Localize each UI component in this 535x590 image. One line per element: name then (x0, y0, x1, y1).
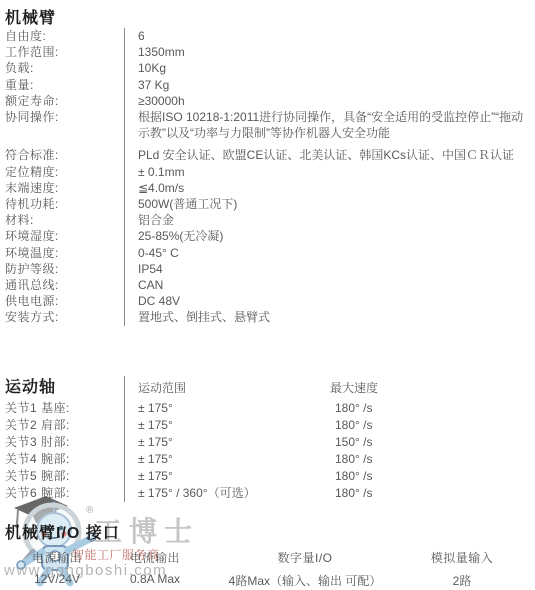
joint-speed: 180° /s (335, 451, 373, 468)
io-column-value: 12V/24V (32, 572, 82, 586)
joint-values: ± 175°180° /s (124, 400, 530, 417)
table-row: 符合标准:PLd 安全认证、欧盟CE认证、北美认证、韩国KCs认证、中国ＣＲ认证 (5, 147, 530, 163)
table-row: 关节1 基座:± 175°180° /s (5, 400, 530, 417)
spec-label: 负载: (5, 60, 124, 76)
table-row: 关节5 腕部:± 175°180° /s (5, 468, 530, 485)
spec-value: IP54 (124, 261, 530, 277)
table-row: 环境湿度:25-85%(无冷凝) (5, 228, 530, 244)
spec-label: 供电电源: (5, 293, 124, 309)
table-row: 环境温度:0-45° C (5, 245, 530, 261)
table-row: 待机功耗:500W(普通工况下) (5, 196, 530, 212)
table-row: 工作范围:1350mm (5, 44, 530, 60)
spec-label: 通讯总线: (5, 277, 124, 293)
axes-header-row: 运动轴 运动范围 最大速度 (5, 374, 530, 400)
arm-spec-table: 自由度:6 工作范围:1350mm 负载:10Kg 重量:37 Kg 额定寿命:… (5, 28, 530, 326)
spec-value: 1350mm (124, 44, 530, 60)
spec-label: 协同操作: (5, 109, 124, 125)
spec-label: 环境湿度: (5, 228, 124, 244)
spec-label: 安装方式: (5, 309, 124, 325)
motion-axes-table: 运动轴 运动范围 最大速度 关节1 基座:± 175°180° /s 关节2 肩… (5, 374, 530, 502)
spec-value: 铝合金 (124, 212, 530, 228)
joint-values: ± 175° / 360°（可选）180° /s (124, 485, 530, 502)
joint-label: 关节4 腕部: (5, 451, 124, 468)
joint-values: ± 175°150° /s (124, 434, 530, 451)
table-row: 防护等级:IP54 (5, 261, 530, 277)
spec-value: 37 Kg (124, 77, 530, 93)
spec-value: 25-85%(无冷凝) (124, 228, 530, 244)
joint-speed: 180° /s (335, 468, 373, 485)
spec-value: ≥30000h (124, 93, 530, 109)
spec-label: 防护等级: (5, 261, 124, 277)
joint-range: ± 175° (138, 418, 173, 432)
table-row: 关节6 腕部:± 175° / 360°（可选）180° /s (5, 485, 530, 502)
joint-speed: 180° /s (335, 485, 373, 502)
spec-value: 根据ISO 10218-1:2011进行协同操作，具备“安全适用的受监控停止”“… (124, 109, 530, 147)
joint-speed: 180° /s (335, 400, 373, 417)
joint-values: ± 175°180° /s (124, 451, 530, 468)
spec-label: 额定寿命: (5, 93, 124, 109)
io-columns: 电源输出 12V/24V 电流输出 0.8A Max 数字量I/O 4路Max（… (0, 549, 535, 589)
spec-label: 环境温度: (5, 245, 124, 261)
arm-section-title: 机械臂 (5, 5, 56, 28)
io-section-title: 机械臂I/O 接口 (5, 520, 120, 543)
joint-label: 关节5 腕部: (5, 468, 124, 485)
joint-values: ± 175°180° /s (124, 468, 530, 485)
io-column-analog-input: 模拟量输入 2路 (431, 549, 494, 589)
joint-range: ± 175° (138, 452, 173, 466)
joint-label: 关节6 腕部: (5, 485, 124, 502)
table-row: 额定寿命:≥30000h (5, 93, 530, 109)
spec-value: 0-45° C (124, 245, 530, 261)
io-column-power-output: 电源输出 12V/24V (32, 549, 82, 586)
joint-range: ± 175° / 360°（可选） (138, 486, 256, 500)
axes-section-title: 运动轴 (5, 374, 124, 397)
spec-label: 末端速度: (5, 180, 124, 196)
table-row: 关节3 肘部:± 175°150° /s (5, 434, 530, 451)
io-column-label: 模拟量输入 (431, 549, 494, 566)
table-row: 自由度:6 (5, 28, 530, 44)
joint-range: ± 175° (138, 469, 173, 483)
joint-label: 关节2 肩部: (5, 417, 124, 434)
spec-value: DC 48V (124, 293, 530, 309)
io-column-label: 数字量I/O (229, 549, 382, 566)
spec-label: 自由度: (5, 28, 124, 44)
spec-value: CAN (124, 277, 530, 293)
column-header-range: 运动范围 (138, 381, 186, 395)
table-row: 末端速度:≦4.0m/s (5, 180, 530, 196)
spec-label: 工作范围: (5, 44, 124, 60)
table-row: 负载:10Kg (5, 60, 530, 76)
joint-speed: 180° /s (335, 417, 373, 434)
joint-range: ± 175° (138, 401, 173, 415)
joint-label: 关节3 肘部: (5, 434, 124, 451)
spec-label: 定位精度: (5, 164, 124, 180)
table-row: 协同操作:根据ISO 10218-1:2011进行协同操作，具备“安全适用的受监… (5, 109, 530, 147)
spec-sheet: ® 工博士 智能工厂服务商 www.gongboshi.com 机械臂 自由度:… (0, 0, 535, 590)
table-row: 定位精度:± 0.1mm (5, 164, 530, 180)
spec-label: 符合标准: (5, 147, 124, 163)
io-column-value: 4路Max（输入、输出 可配） (229, 572, 382, 589)
spec-value: PLd 安全认证、欧盟CE认证、北美认证、韩国KCs认证、中国ＣＲ认证 (124, 147, 530, 163)
table-row: 重量:37 Kg (5, 77, 530, 93)
table-row: 供电电源:DC 48V (5, 293, 530, 309)
io-column-digital-io: 数字量I/O 4路Max（输入、输出 可配） (229, 549, 382, 589)
table-row: 通讯总线:CAN (5, 277, 530, 293)
io-column-current-output: 电流输出 0.8A Max (130, 549, 180, 586)
spec-label: 材料: (5, 212, 124, 228)
spec-value: ≦4.0m/s (124, 180, 530, 196)
joint-range: ± 175° (138, 435, 173, 449)
spec-value: 10Kg (124, 60, 530, 76)
spec-value: ± 0.1mm (124, 164, 530, 180)
joint-label: 关节1 基座: (5, 400, 124, 417)
table-row: 关节2 肩部:± 175°180° /s (5, 417, 530, 434)
table-row: 材料:铝合金 (5, 212, 530, 228)
column-header-speed: 最大速度 (330, 376, 378, 400)
spec-label: 待机功耗: (5, 196, 124, 212)
table-row: 安装方式:置地式、倒挂式、悬臂式 (5, 309, 530, 325)
io-column-label: 电源输出 (32, 549, 82, 566)
spec-value: 6 (124, 28, 530, 44)
spec-value: 500W(普通工况下) (124, 196, 530, 212)
io-column-label: 电流输出 (130, 549, 180, 566)
spec-value: 置地式、倒挂式、悬臂式 (124, 309, 530, 325)
table-row: 关节4 腕部:± 175°180° /s (5, 451, 530, 468)
io-column-value: 0.8A Max (130, 572, 180, 586)
axes-column-headers: 运动范围 最大速度 (124, 376, 530, 400)
registered-trademark-icon: ® (86, 505, 93, 516)
io-column-value: 2路 (431, 572, 494, 589)
spec-label: 重量: (5, 77, 124, 93)
joint-values: ± 175°180° /s (124, 417, 530, 434)
joint-speed: 150° /s (335, 434, 373, 451)
